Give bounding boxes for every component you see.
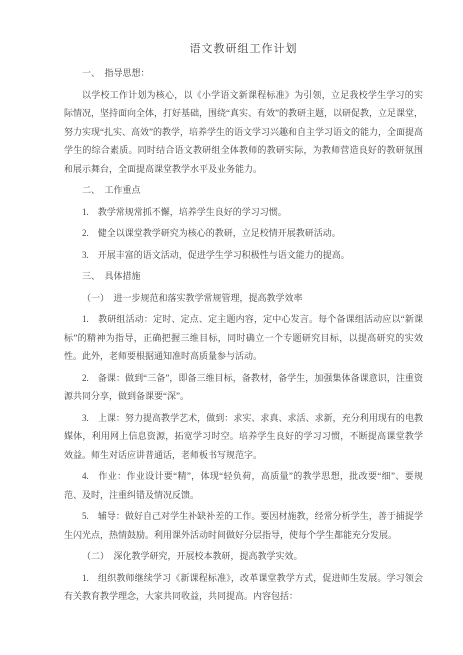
work-priority-item-3: 3. 开展丰富的语文活动，促进学生学习积极性与语文能力的提高。 (64, 246, 423, 265)
measure-1-item-2: 2. 备课：做到“三备”，即备三维目标，备教材，备学生，加强集体备课意识，注重资… (64, 369, 423, 406)
document-page: 语文教研组工作计划 一、 指导思想： 以学校工作计划为核心，以《小学语文新课程标… (0, 0, 463, 655)
heading-work-priorities: 二、 工作重点 (64, 181, 423, 200)
work-priority-item-1: 1. 教学常规常抓不懈，培养学生良好的学习习惯。 (64, 203, 423, 222)
heading-specific-measures: 三、 具体措施 (64, 267, 423, 286)
measure-1-item-3: 3. 上课：努力提高教学艺术，做到：求实、求真、求活、求新，充分利用现有的电教媒… (64, 409, 423, 465)
subheading-measure-1: （一） 进一步规范和落实教学常规管理，提高教学效率 (64, 289, 423, 308)
subheading-measure-2: （二） 深化教学研究，开展校本教研，提高教学实效。 (64, 547, 423, 566)
measure-2-item-1: 1. 组织教师继续学习《新课程标准》，改革课堂教学方式，促进师生发展。学习领会有… (64, 569, 423, 606)
measure-1-item-1: 1. 教研组活动：定时、定点、定主题内容，定中心发言。每个备课组活动应以“新课标… (64, 310, 423, 366)
work-priority-item-2: 2. 健全以课堂教学研究为核心的教研，立足校情开展教研活动。 (64, 224, 423, 243)
document-title: 语文教研组工作计划 (64, 40, 423, 58)
heading-guiding-ideology: 一、 指导思想： (64, 64, 423, 83)
measure-1-item-5: 5. 辅导：做好自己对学生补缺补差的工作。要因材施教，经常分析学生，善于捕捉学生… (64, 507, 423, 544)
paragraph-guiding-ideology: 以学校工作计划为核心，以《小学语文新课程标准》为引领，立足我校学生学习的实际情况… (64, 86, 423, 179)
measure-1-item-4: 4. 作业：作业设计要“精”，体现“轻负荷，高质量”的教学思想，批改要“细”、要… (64, 467, 423, 504)
